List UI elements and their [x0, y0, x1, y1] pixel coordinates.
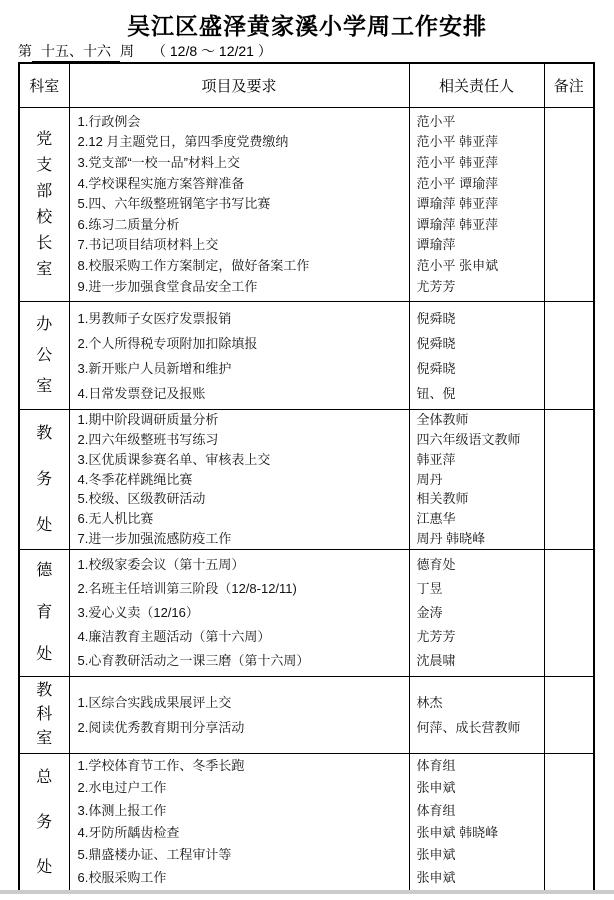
- department-char: 党: [20, 127, 69, 153]
- task-item: 3.体测上报工作: [70, 800, 409, 822]
- responsible-person: 张申斌: [410, 777, 544, 799]
- task-item: 3.新开账户人员新增和维护: [70, 356, 409, 381]
- task-item: 7.进一步加强流感防疫工作: [70, 529, 409, 549]
- department-char: 总: [20, 755, 69, 800]
- responsible-person: 谭瑜萍: [410, 235, 544, 256]
- task-item: 4.日常发票登记及报账: [70, 381, 409, 406]
- responsible-person: 谭瑜萍 韩亚萍: [410, 215, 544, 236]
- task-item: 8.校服采购工作方案制定，做好备案工作: [70, 256, 409, 277]
- department-char: 长: [20, 231, 69, 257]
- schedule-table: 科室 项目及要求 相关责任人 备注 党支部校长室1.行政例会2.12 月主题党日…: [18, 62, 595, 892]
- header-responsible: 相关责任人: [409, 63, 544, 108]
- responsible-person: 体育组: [410, 755, 544, 777]
- page-title: 吴江区盛泽黄家溪小学周工作安排: [0, 0, 614, 41]
- department-cell: 办公室: [19, 302, 69, 410]
- persons-cell: 德育处丁昱金涛尤芳芳沈晨啸: [409, 550, 544, 677]
- table-header-row: 科室 项目及要求 相关责任人 备注: [19, 63, 594, 108]
- section-row: 教科室1.区综合实践成果展评上交2.阅读优秀教育期刊分享活动林杰何萍、成长营教师: [19, 677, 594, 754]
- department-cell: 党支部校长室: [19, 108, 69, 302]
- persons-cell: 林杰何萍、成长营教师: [409, 677, 544, 754]
- week-number: 十五、十六: [32, 41, 120, 62]
- department-label: 教科室: [20, 679, 69, 751]
- responsible-person: 何萍、成长营教师: [410, 715, 544, 740]
- header-notes: 备注: [544, 63, 594, 108]
- department-char: 务: [20, 457, 69, 503]
- task-item: 2.名班主任培训第三阶段（12/8-12/11): [70, 577, 409, 601]
- responsible-person: 江惠华: [410, 509, 544, 529]
- responsible-person: 张申斌: [410, 867, 544, 889]
- task-item: 5.四、六年级整班钢笔字书写比赛: [70, 194, 409, 215]
- department-char: 部: [20, 179, 69, 205]
- schedule-table-body: 党支部校长室1.行政例会2.12 月主题党日，第四季度党费缴纳3.党支部“一校一…: [19, 108, 594, 892]
- persons-cell: 范小平范小平 韩亚萍范小平 韩亚萍范小平 谭瑜萍谭瑜萍 韩亚萍谭瑜萍 韩亚萍谭瑜…: [409, 108, 544, 302]
- task-item: 1.期中阶段调研质量分析: [70, 410, 409, 430]
- task-item: 1.区综合实践成果展评上交: [70, 690, 409, 715]
- department-char: 支: [20, 153, 69, 179]
- department-char: 处: [20, 503, 69, 549]
- section-row: 党支部校长室1.行政例会2.12 月主题党日，第四季度党费缴纳3.党支部“一校一…: [19, 108, 594, 302]
- department-char: 科: [20, 703, 69, 727]
- task-item: 2.12 月主题党日，第四季度党费缴纳: [70, 132, 409, 153]
- responsible-person: 体育组: [410, 800, 544, 822]
- responsible-person: 全体教师: [410, 410, 544, 430]
- responsible-person: 张申斌 韩晓峰: [410, 822, 544, 844]
- responsible-person: 丁昱: [410, 577, 544, 601]
- responsible-person: 范小平 韩亚萍: [410, 132, 544, 153]
- week-prefix: 第: [18, 43, 32, 59]
- department-char: 育: [20, 592, 69, 634]
- responsible-person: 相关教师: [410, 489, 544, 509]
- task-item: 2.四六年级整班书写练习: [70, 430, 409, 450]
- responsible-person: 周丹 韩晓峰: [410, 529, 544, 549]
- department-char: 室: [20, 257, 69, 283]
- department-label: 党支部校长室: [20, 127, 69, 283]
- department-cell: 教务处: [19, 410, 69, 550]
- task-item: 7.书记项目结项材料上交: [70, 235, 409, 256]
- department-char: 教: [20, 411, 69, 457]
- department-char: 德: [20, 550, 69, 592]
- items-cell: 1.行政例会2.12 月主题党日，第四季度党费缴纳3.党支部“一校一品”材料上交…: [69, 108, 409, 302]
- responsible-person: 倪舜晓: [410, 356, 544, 381]
- responsible-person: 范小平 韩亚萍: [410, 153, 544, 174]
- page-bottom-edge: [0, 890, 614, 894]
- items-cell: 1.学校体育节工作、冬季长跑2.水电过户工作3.体测上报工作4.牙防所龋齿检查5…: [69, 754, 409, 892]
- task-item: 3.党支部“一校一品”材料上交: [70, 153, 409, 174]
- department-char: 教: [20, 679, 69, 703]
- responsible-person: 倪舜晓: [410, 306, 544, 331]
- department-char: 公: [20, 340, 69, 371]
- note-cell: [544, 302, 594, 410]
- responsible-person: 钮、倪: [410, 381, 544, 406]
- section-row: 办公室1.男教师子女医疗发票报销2.个人所得税专项附加扣除填报3.新开账户人员新…: [19, 302, 594, 410]
- note-cell: [544, 677, 594, 754]
- responsible-person: 范小平: [410, 112, 544, 133]
- responsible-person: 沈晨啸: [410, 649, 544, 673]
- note-cell: [544, 410, 594, 550]
- task-item: 6.练习二质量分析: [70, 215, 409, 236]
- items-cell: 1.区综合实践成果展评上交2.阅读优秀教育期刊分享活动: [69, 677, 409, 754]
- section-row: 德育处1.校级家委会议（第十五周）2.名班主任培训第三阶段（12/8-12/11…: [19, 550, 594, 677]
- items-cell: 1.期中阶段调研质量分析2.四六年级整班书写练习3.区优质课参赛名单、审核表上交…: [69, 410, 409, 550]
- task-item: 5.心育教研活动之一课三磨（第十六周）: [70, 649, 409, 673]
- department-char: 室: [20, 371, 69, 402]
- task-item: 5.鼎盛楼办证、工程审计等: [70, 844, 409, 866]
- department-cell: 总务处: [19, 754, 69, 892]
- date-range: （ 12/8 ～ 12/21 ）: [152, 43, 272, 59]
- department-char: 处: [20, 634, 69, 676]
- task-item: 4.廉洁教育主题活动（第十六周）: [70, 625, 409, 649]
- department-char: 室: [20, 727, 69, 751]
- section-row: 总务处1.学校体育节工作、冬季长跑2.水电过户工作3.体测上报工作4.牙防所龋齿…: [19, 754, 594, 892]
- task-item: 4.牙防所龋齿检查: [70, 822, 409, 844]
- header-department: 科室: [19, 63, 69, 108]
- task-item: 1.行政例会: [70, 112, 409, 133]
- week-line: 第十五、十六周（ 12/8 ～ 12/21 ）: [18, 41, 272, 62]
- note-cell: [544, 108, 594, 302]
- persons-cell: 全体教师四六年级语文教师韩亚萍周丹相关教师江惠华周丹 韩晓峰: [409, 410, 544, 550]
- responsible-person: 金涛: [410, 601, 544, 625]
- task-item: 5.校级、区级教研活动: [70, 489, 409, 509]
- task-item: 4.学校课程实施方案答辩准备: [70, 174, 409, 195]
- responsible-person: 韩亚萍: [410, 450, 544, 470]
- task-item: 1.男教师子女医疗发票报销: [70, 306, 409, 331]
- task-item: 1.学校体育节工作、冬季长跑: [70, 755, 409, 777]
- task-item: 2.阅读优秀教育期刊分享活动: [70, 715, 409, 740]
- task-item: 9.进一步加强食堂食品安全工作: [70, 277, 409, 298]
- responsible-person: 周丹: [410, 470, 544, 490]
- task-item: 2.个人所得税专项附加扣除填报: [70, 331, 409, 356]
- persons-cell: 倪舜晓倪舜晓倪舜晓钮、倪: [409, 302, 544, 410]
- task-item: 1.校级家委会议（第十五周）: [70, 553, 409, 577]
- persons-cell: 体育组张申斌体育组张申斌 韩晓峰张申斌张申斌: [409, 754, 544, 892]
- department-label: 教务处: [20, 411, 69, 549]
- responsible-person: 范小平 谭瑜萍: [410, 174, 544, 195]
- responsible-person: 德育处: [410, 553, 544, 577]
- week-suffix: 周: [120, 43, 134, 59]
- task-item: 3.爱心义卖（12/16）: [70, 601, 409, 625]
- department-cell: 德育处: [19, 550, 69, 677]
- department-label: 总务处: [20, 755, 69, 890]
- department-char: 办: [20, 309, 69, 340]
- responsible-person: 张申斌: [410, 844, 544, 866]
- department-char: 处: [20, 845, 69, 890]
- responsible-person: 四六年级语文教师: [410, 430, 544, 450]
- department-label: 德育处: [20, 550, 69, 676]
- task-item: 6.无人机比赛: [70, 509, 409, 529]
- note-cell: [544, 550, 594, 677]
- department-char: 校: [20, 205, 69, 231]
- task-item: 4.冬季花样跳绳比赛: [70, 470, 409, 490]
- responsible-person: 尤芳芳: [410, 625, 544, 649]
- department-cell: 教科室: [19, 677, 69, 754]
- responsible-person: 倪舜晓: [410, 331, 544, 356]
- responsible-person: 范小平 张申斌: [410, 256, 544, 277]
- header-items: 项目及要求: [69, 63, 409, 108]
- responsible-person: 尤芳芳: [410, 277, 544, 298]
- responsible-person: 谭瑜萍 韩亚萍: [410, 194, 544, 215]
- department-char: 务: [20, 800, 69, 845]
- note-cell: [544, 754, 594, 892]
- section-row: 教务处1.期中阶段调研质量分析2.四六年级整班书写练习3.区优质课参赛名单、审核…: [19, 410, 594, 550]
- task-item: 6.校服采购工作: [70, 867, 409, 889]
- items-cell: 1.男教师子女医疗发票报销2.个人所得税专项附加扣除填报3.新开账户人员新增和维…: [69, 302, 409, 410]
- items-cell: 1.校级家委会议（第十五周）2.名班主任培训第三阶段（12/8-12/11)3.…: [69, 550, 409, 677]
- task-item: 2.水电过户工作: [70, 777, 409, 799]
- responsible-person: 林杰: [410, 690, 544, 715]
- department-label: 办公室: [20, 309, 69, 402]
- task-item: 3.区优质课参赛名单、审核表上交: [70, 450, 409, 470]
